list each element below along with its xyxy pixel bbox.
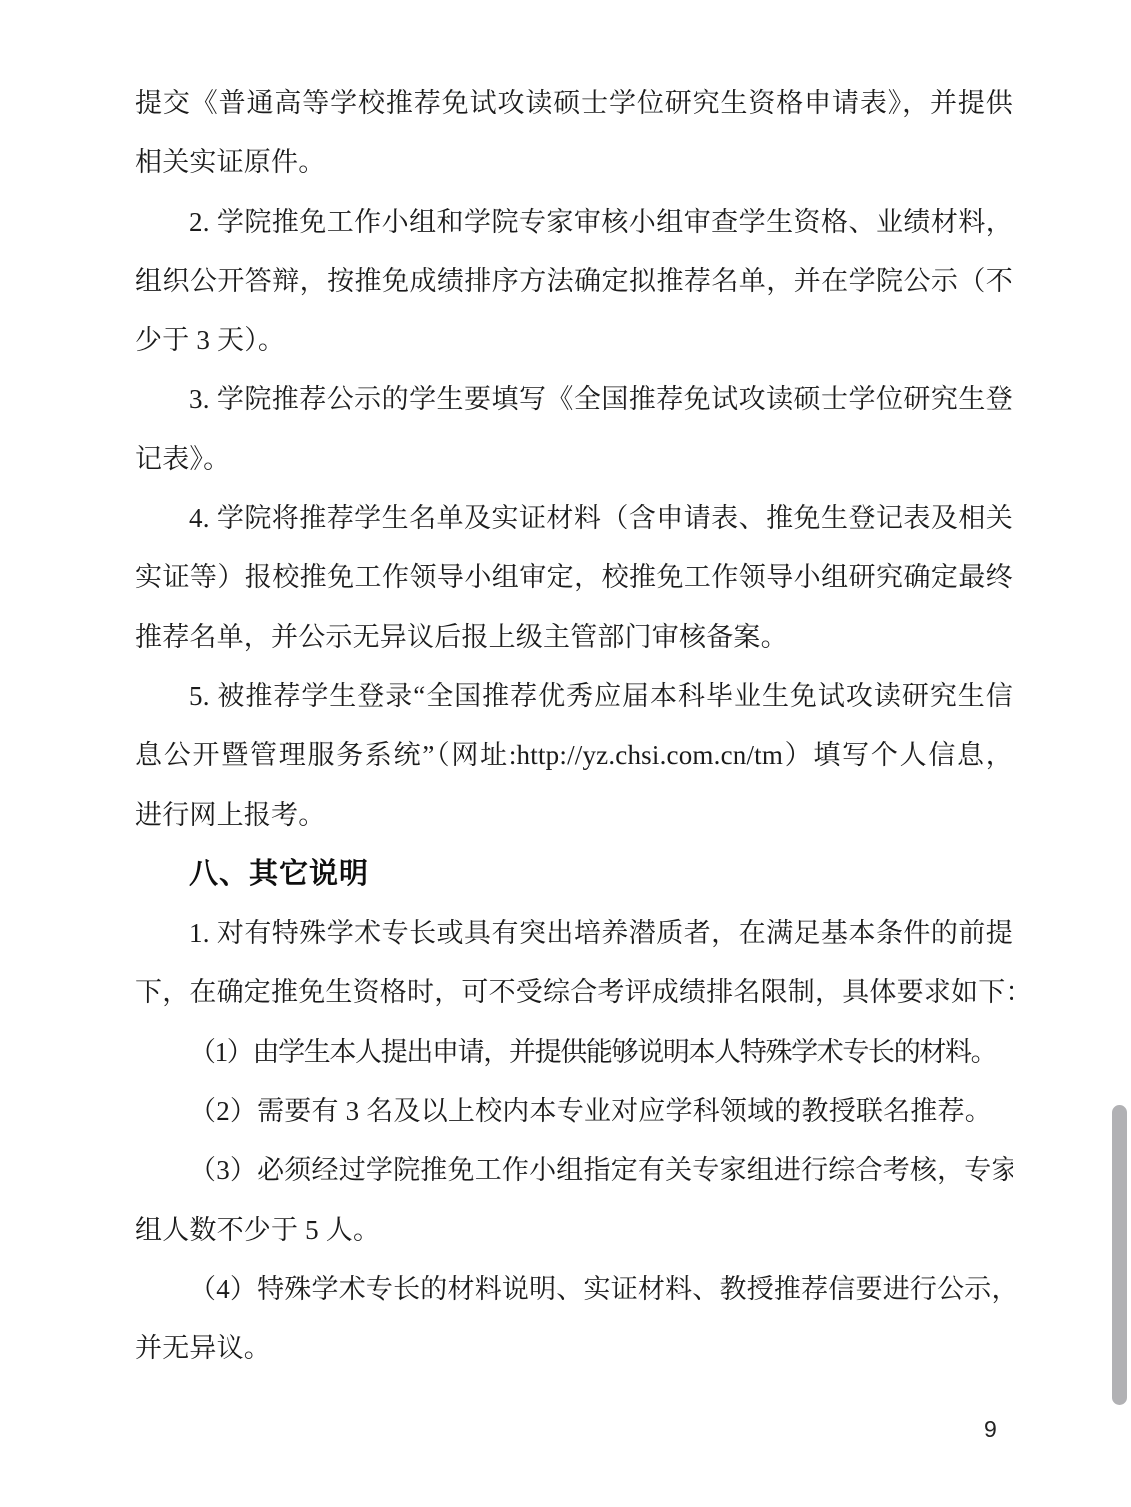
text-line: 5. 被推荐学生登录“全国推荐优秀应届本科毕业生免试攻读研究生信 xyxy=(135,667,1013,726)
text-line: 1. 对有特殊学术专长或具有突出培养潜质者，在满足基本条件的前提 xyxy=(135,904,1013,963)
text-line: 并无异议。 xyxy=(135,1319,1013,1378)
text-line: 记表》。 xyxy=(135,430,1013,489)
text-line: 2. 学院推免工作小组和学院专家审核小组审查学生资格、业绩材料， xyxy=(135,193,1013,252)
section-heading: 八、其它说明 xyxy=(135,845,1013,904)
text-line: （2）需要有 3 名及以上校内本专业对应学科领域的教授联名推荐。 xyxy=(135,1082,1013,1141)
text-line: （1）由学生本人提出申请，并提供能够说明本人特殊学术专长的材料。 xyxy=(135,1023,1013,1082)
document-page: 提交《普通高等学校推荐免试攻读硕士学位研究生资格申请表》，并提供 相关实证原件。… xyxy=(135,74,1013,1379)
text-line: 实证等）报校推免工作领导小组审定，校推免工作领导小组研究确定最终 xyxy=(135,548,1013,607)
text-line: 下，在确定推免生资格时，可不受综合考评成绩排名限制，具体要求如下： xyxy=(135,963,1013,1022)
text-line: 少于 3 天）。 xyxy=(135,311,1013,370)
text-line: （4）特殊学术专长的材料说明、实证材料、教授推荐信要进行公示， xyxy=(135,1260,1013,1319)
text-line: 组织公开答辩，按推免成绩排序方法确定拟推荐名单，并在学院公示（不 xyxy=(135,252,1013,311)
page-number: 9 xyxy=(984,1416,997,1443)
text-line: 息公开暨管理服务系统”（网址:http://yz.chsi.com.cn/tm）… xyxy=(135,726,1013,785)
scrollbar-thumb[interactable] xyxy=(1112,1105,1127,1405)
text-line: 组人数不少于 5 人。 xyxy=(135,1201,1013,1260)
text-line: 进行网上报考。 xyxy=(135,786,1013,845)
text-line: 提交《普通高等学校推荐免试攻读硕士学位研究生资格申请表》，并提供 xyxy=(135,74,1013,133)
text-line: 3. 学院推荐公示的学生要填写《全国推荐免试攻读硕士学位研究生登 xyxy=(135,370,1013,429)
text-line: 4. 学院将推荐学生名单及实证材料（含申请表、推免生登记表及相关 xyxy=(135,489,1013,548)
text-line: 相关实证原件。 xyxy=(135,133,1013,192)
text-line: 推荐名单，并公示无异议后报上级主管部门审核备案。 xyxy=(135,608,1013,667)
text-line: （3）必须经过学院推免工作小组指定有关专家组进行综合考核，专家 xyxy=(135,1141,1013,1200)
